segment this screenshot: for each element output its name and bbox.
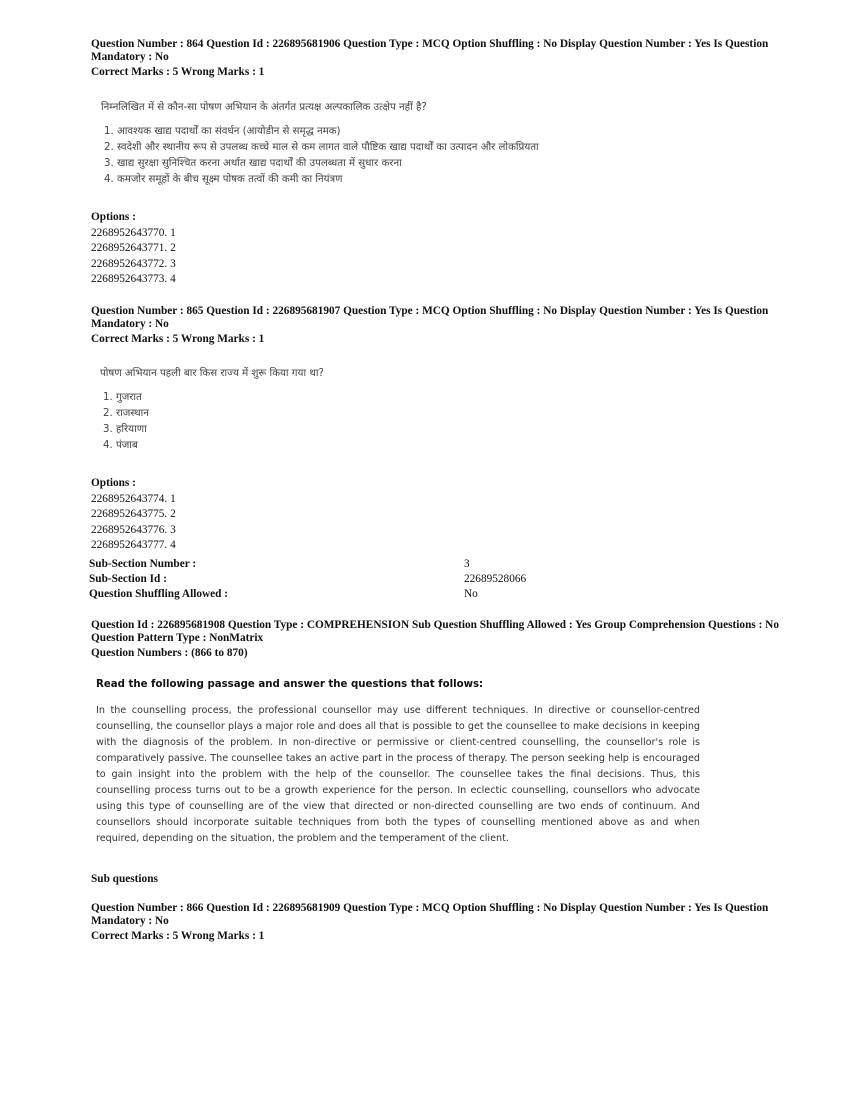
option-item: 2268952643772. 3: [91, 257, 751, 273]
option-item: 2268952643775. 2: [91, 507, 751, 523]
passage-title: Read the following passage and answer th…: [96, 679, 756, 690]
subsection-meta: Sub-Section Number : 3 Sub-Section Id : …: [89, 557, 749, 602]
question-choice: 3. हरियाणा: [100, 422, 760, 438]
meta-value: 22689528066: [464, 572, 526, 587]
question-865-options: Options : 2268952643774. 1 2268952643775…: [91, 476, 751, 554]
question-marks: Correct Marks : 5 Wrong Marks : 1: [91, 66, 751, 79]
option-item: 2268952643771. 2: [91, 241, 751, 257]
question-header-line2: Mandatory : No: [91, 51, 751, 64]
options-label: Options :: [91, 476, 751, 492]
option-item: 2268952643777. 4: [91, 538, 751, 554]
option-item: 2268952643776. 3: [91, 523, 751, 539]
comprehension-header-line1: Question Id : 226895681908 Question Type…: [91, 619, 751, 632]
option-item: 2268952643774. 1: [91, 492, 751, 508]
meta-value: No: [464, 587, 478, 602]
question-864-body: निम्नलिखित में से कौन-सा पोषण अभियान के …: [101, 100, 761, 188]
question-text: निम्नलिखित में से कौन-सा पोषण अभियान के …: [101, 100, 761, 116]
question-choice: 2. स्वदेशी और स्थानीय रूप से उपलब्ध कच्च…: [101, 140, 761, 156]
question-865-header: Question Number : 865 Question Id : 2268…: [91, 305, 751, 346]
passage-text: In the counselling process, the professi…: [96, 703, 700, 847]
question-marks: Correct Marks : 5 Wrong Marks : 1: [91, 333, 751, 346]
question-shuffling-row: Question Shuffling Allowed : No: [89, 587, 749, 602]
question-choice: 2. राजस्थान: [100, 406, 760, 422]
question-header-line2: Mandatory : No: [91, 915, 751, 928]
option-item: 2268952643773. 4: [91, 272, 751, 288]
options-label: Options :: [91, 210, 751, 226]
sub-questions-label: Sub questions: [91, 873, 751, 885]
question-header-line1: Question Number : 864 Question Id : 2268…: [91, 38, 751, 51]
question-header-line2: Mandatory : No: [91, 318, 751, 331]
question-text: पोषण अभियान पहली बार किस राज्य में शुरू …: [100, 366, 760, 382]
question-marks: Correct Marks : 5 Wrong Marks : 1: [91, 930, 751, 943]
question-864-options: Options : 2268952643770. 1 2268952643771…: [91, 210, 751, 288]
option-item: 2268952643770. 1: [91, 226, 751, 242]
meta-key: Question Shuffling Allowed :: [89, 587, 464, 602]
question-865-body: पोषण अभियान पहली बार किस राज्य में शुरू …: [100, 366, 760, 454]
meta-key: Sub-Section Number :: [89, 557, 464, 572]
question-header-line1: Question Number : 866 Question Id : 2268…: [91, 902, 751, 915]
question-864-header: Question Number : 864 Question Id : 2268…: [91, 38, 751, 79]
question-choice: 4. पंजाब: [100, 438, 760, 454]
question-header-line1: Question Number : 865 Question Id : 2268…: [91, 305, 751, 318]
comprehension-header: Question Id : 226895681908 Question Type…: [91, 619, 751, 660]
comprehension-header-line2: Question Pattern Type : NonMatrix: [91, 632, 751, 645]
question-choice: 1. गुजरात: [100, 390, 760, 406]
meta-value: 3: [464, 557, 470, 572]
question-choice: 1. आवश्यक खाद्य पदार्थों का संवर्धन (आयो…: [101, 124, 761, 140]
question-866-header: Question Number : 866 Question Id : 2268…: [91, 902, 751, 943]
meta-key: Sub-Section Id :: [89, 572, 464, 587]
question-choice: 3. खाद्य सुरक्षा सुनिश्चित करना अर्थात ख…: [101, 156, 761, 172]
comprehension-question-numbers: Question Numbers : (866 to 870): [91, 647, 751, 660]
subsection-id-row: Sub-Section Id : 22689528066: [89, 572, 749, 587]
question-choice: 4. कमजोर समूहों के बीच सूक्ष्म पोषक तत्व…: [101, 172, 761, 188]
subsection-number-row: Sub-Section Number : 3: [89, 557, 749, 572]
